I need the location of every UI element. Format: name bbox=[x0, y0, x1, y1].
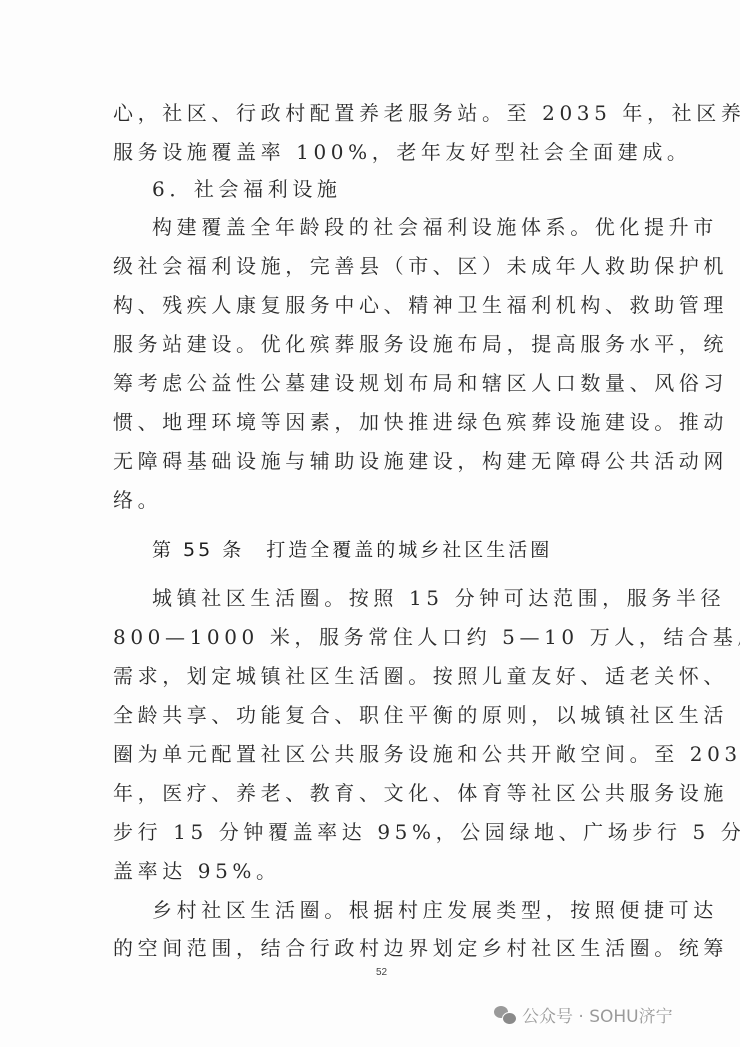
paragraph-line: 无障碍基础设施与辅助设施建设，构建无障碍公共活动网 bbox=[113, 449, 628, 473]
paragraph-line: 圈为单元配置社区公共服务设施和公共开敞空间。至 2035 bbox=[113, 742, 628, 766]
paragraph-line: 级社会福利设施，完善县（市、区）未成年人救助保护机 bbox=[113, 254, 628, 278]
paragraph-line: 构、残疾人康复服务中心、精神卫生福利机构、救助管理 bbox=[113, 293, 628, 317]
paragraph-line: 城镇社区生活圈。按照 15 分钟可达范围，服务半径 bbox=[152, 586, 628, 610]
section-heading: 6．社会福利设施 bbox=[152, 177, 667, 201]
paragraph-line: 800—1000 米，服务常住人口约 5—10 万人，结合基层管理 bbox=[113, 625, 628, 649]
text-line: 服务设施覆盖率 100%，老年友好型社会全面建成。 bbox=[113, 140, 628, 164]
text-line: 心，社区、行政村配置养老服务站。至 2035 年，社区养老 bbox=[113, 101, 628, 125]
paragraph-line: 惯、地理环境等因素，加快推进绿色殡葬设施建设。推动 bbox=[113, 410, 628, 434]
paragraph-line: 全龄共享、功能复合、职住平衡的原则，以城镇社区生活 bbox=[113, 703, 628, 727]
paragraph-line: 构建覆盖全年龄段的社会福利设施体系。优化提升市 bbox=[152, 215, 628, 239]
document-page: 心，社区、行政村配置养老服务站。至 2035 年，社区养老 服务设施覆盖率 10… bbox=[0, 0, 740, 1047]
article-heading: 第 55 条 打造全覆盖的城乡社区生活圈 bbox=[152, 538, 552, 562]
paragraph-line: 络。 bbox=[113, 488, 628, 512]
watermark-text: 公众号 · SOHU济宁 bbox=[522, 1002, 673, 1027]
paragraph-line: 筹考虑公益性公墓建设规划布局和辖区人口数量、风俗习 bbox=[113, 371, 628, 395]
paragraph-line: 年，医疗、养老、教育、文化、体育等社区公共服务设施 bbox=[113, 781, 628, 805]
paragraph-line: 乡村社区生活圈。根据村庄发展类型，按照便捷可达 bbox=[152, 898, 628, 922]
watermark: 公众号 · SOHU济宁 bbox=[494, 1002, 673, 1027]
paragraph-line: 步行 15 分钟覆盖率达 95%，公园绿地、广场步行 5 分钟覆 bbox=[113, 820, 628, 844]
paragraph-line: 需求，划定城镇社区生活圈。按照儿童友好、适老关怀、 bbox=[113, 664, 628, 688]
paragraph-line: 的空间范围，结合行政村边界划定乡村社区生活圈。统筹 bbox=[113, 936, 628, 960]
paragraph-line: 盖率达 95%。 bbox=[113, 859, 628, 883]
page-number: 52 bbox=[376, 967, 387, 978]
paragraph-line: 服务站建设。优化殡葬服务设施布局，提高服务水平，统 bbox=[113, 332, 628, 356]
wechat-icon bbox=[494, 1006, 516, 1024]
